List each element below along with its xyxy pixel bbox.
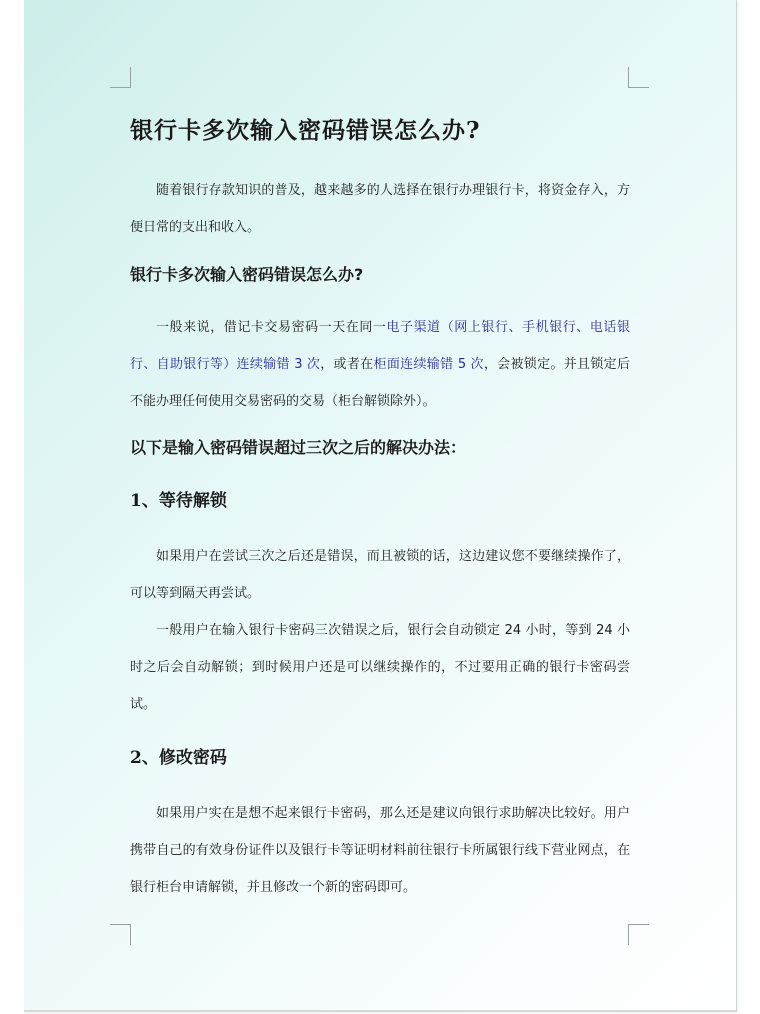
document-page: 银行卡多次输入密码错误怎么办? 随着银行存款知识的普及，越来越多的人选择在银行办…	[24, 0, 737, 1012]
document-title: 银行卡多次输入密码错误怎么办?	[130, 110, 630, 152]
rule-paragraph: 一般来说，借记卡交易密码一天在同一电子渠道（网上银行、手机银行、电话银行、自助银…	[130, 309, 630, 420]
crop-mark-bottom-left	[110, 924, 131, 945]
rule-text-1: 一般来说，借记卡交易密码一天在同一	[156, 320, 387, 335]
intro-paragraph: 随着银行存款知识的普及，越来越多的人选择在银行办理银行卡，将资金存入，方便日常的…	[130, 172, 630, 246]
subheading: 银行卡多次输入密码错误怎么办?	[130, 260, 630, 290]
rule-link-counter[interactable]: 柜面连续输错 5 次	[374, 357, 484, 372]
step-2-paragraph-1: 如果用户实在是想不起来银行卡密码，那么还是建议向银行求助解决比较好。用户携带自己…	[130, 795, 630, 906]
crop-mark-top-left	[110, 67, 131, 88]
step-2-heading: 2、修改密码	[130, 743, 630, 773]
step-1-paragraph-1: 如果用户在尝试三次之后还是错误，而且被锁的话，这边建议您不要继续操作了，可以等到…	[130, 538, 630, 612]
crop-mark-top-right	[628, 67, 649, 88]
crop-mark-bottom-right	[628, 924, 649, 945]
solutions-heading: 以下是输入密码错误超过三次之后的解决办法：	[130, 433, 630, 463]
rule-text-2: ，或者在	[320, 357, 373, 372]
document-body: 银行卡多次输入密码错误怎么办? 随着银行存款知识的普及，越来越多的人选择在银行办…	[130, 110, 630, 906]
step-1-paragraph-2: 一般用户在输入银行卡密码三次错误之后，银行会自动锁定 24 小时，等到 24 小…	[130, 612, 630, 723]
step-1-heading: 1、等待解锁	[130, 486, 630, 516]
